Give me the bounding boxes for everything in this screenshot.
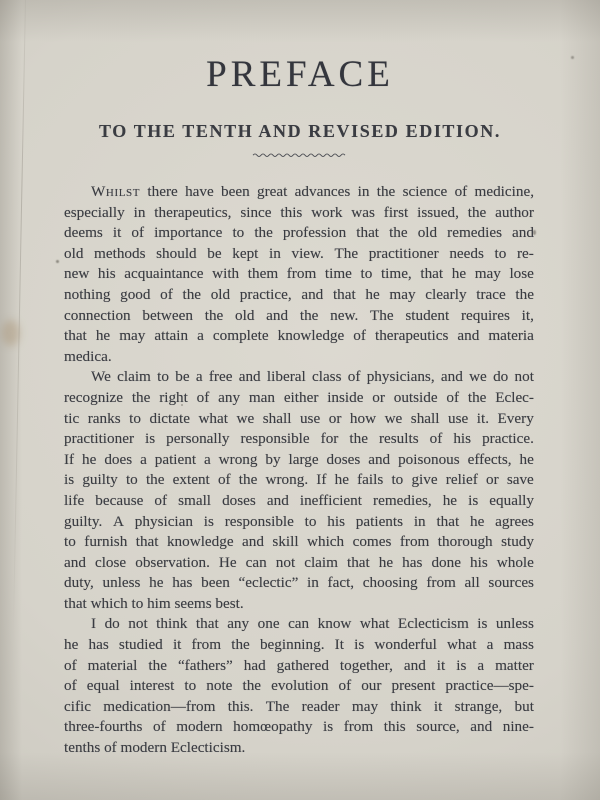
text-line: three-fourthsofmodernhomœopathyisfromthi… (64, 717, 534, 738)
text-line: especiallyintherapeutics,sincethisworkwa… (64, 203, 534, 224)
book-page: PREFACE TO THE TENTH AND REVISED EDITION… (0, 0, 600, 800)
text-line: ofequalinteresttonotetheevolutionofourpr… (64, 676, 534, 697)
edition-subtitle: TO THE TENTH AND REVISED EDITION. (0, 121, 600, 142)
paragraph: Weclaimtobeafreeandliberalclassofphysici… (64, 367, 534, 614)
text-line: duty,unlesshehasbeen“eclectic”infact,cho… (64, 573, 534, 594)
paragraph: Whilsttherehavebeengreatadvancesinthesci… (64, 182, 534, 367)
text-line: oldmethodsshouldbekeptinview.Thepractiti… (64, 244, 534, 265)
text-line: that which to him seems best. (64, 594, 534, 615)
text-line: medica. (64, 347, 534, 368)
paper-speck (56, 260, 59, 263)
text-line: newhisacquaintancewiththemfromtimetotime… (64, 264, 534, 285)
page-title: PREFACE (0, 53, 600, 96)
text-line: Ifhedoesapatientawrongbylargedosesandpoi… (64, 450, 534, 471)
paper-stain (2, 320, 20, 346)
text-line: tenths of modern Eclecticism. (64, 738, 534, 759)
text-line: lifebecauseofsmalldosesandinefficientrem… (64, 491, 534, 512)
text-line: isguiltytotheextentofthewrong.Ifhefailst… (64, 470, 534, 491)
text-line: ofmaterialthe“fathers”hadgatheredtogethe… (64, 656, 534, 677)
text-line: ticrankstodictatewhatweshalluseorhowwesh… (64, 409, 534, 430)
wavy-rule-ornament (0, 151, 600, 169)
text-line: Weclaimtobeafreeandliberalclassofphysici… (64, 367, 534, 388)
text-line: andcloseobservation.Hecannotclaimthatheh… (64, 553, 534, 574)
text-line: recognizetherightofanymaneitherinsideoro… (64, 388, 534, 409)
wavy-rule-icon (252, 151, 348, 159)
text-line: cificmedication—fromthis.Thereadermaythi… (64, 697, 534, 718)
text-line: IdonotthinkthatanyonecanknowwhatEclectic… (64, 614, 534, 635)
text-line: hehasstudieditfromthebeginning.Itiswonde… (64, 635, 534, 656)
text-line: Whilsttherehavebeengreatadvancesinthesci… (64, 182, 534, 203)
text-line: tofurnishthatknowledgeandskillwhichcomes… (64, 532, 534, 553)
text-line: nothinggoodoftheoldpractice,andthathemay… (64, 285, 534, 306)
small-caps-lead: Whilst (91, 182, 140, 203)
text-line: connectionbetweentheoldandthenew.Thestud… (64, 306, 534, 327)
text-line: thathemayattainacompleteknowledgeofthera… (64, 326, 534, 347)
text-line: deemsitofimportancetotheprofessionthatth… (64, 223, 534, 244)
text-line: practitionerispersonallyresponsibleforth… (64, 429, 534, 450)
preface-text: Whilsttherehavebeengreatadvancesinthesci… (64, 182, 534, 759)
text-line: guilty.Aphysicianisresponsibletohispatie… (64, 512, 534, 533)
paragraph: IdonotthinkthatanyonecanknowwhatEclectic… (64, 614, 534, 758)
